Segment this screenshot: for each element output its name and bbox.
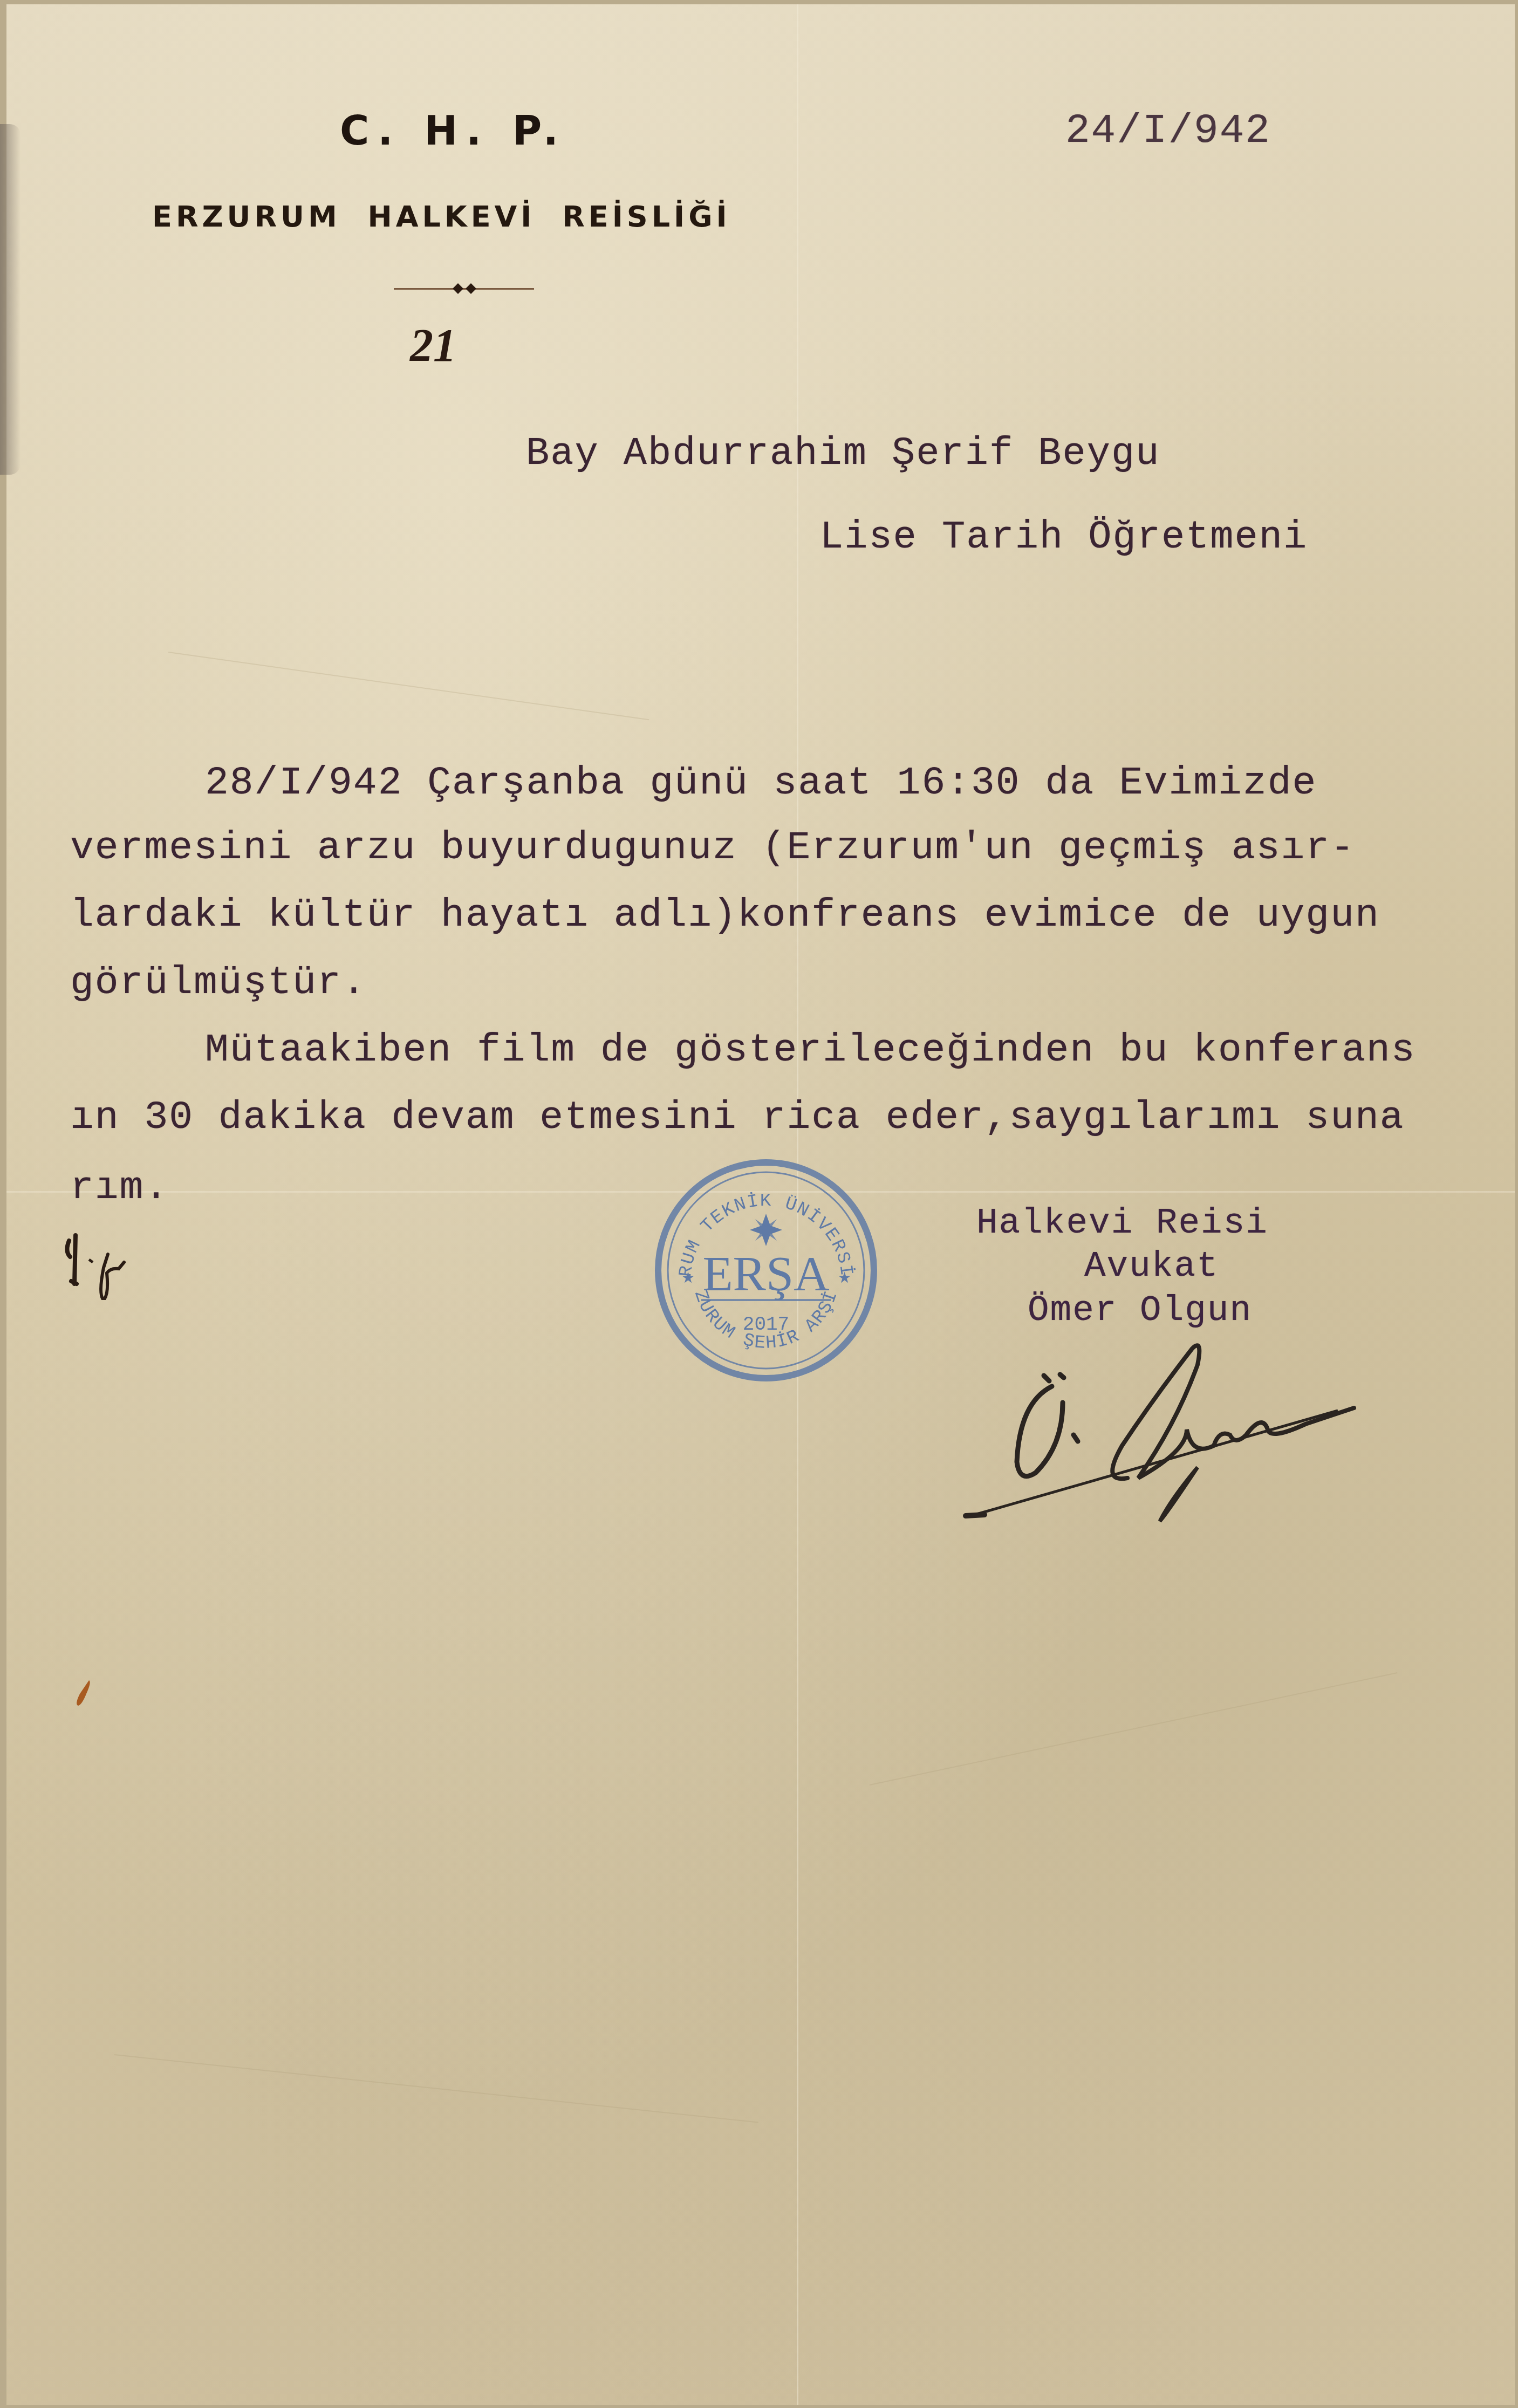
ink-stain — [70, 1678, 97, 1710]
recipient-title: Lise Tarih Öğretmeni — [820, 515, 1308, 559]
body-line: vermesini arzu buyurdugunuz (Erzurum'un … — [70, 825, 1355, 870]
svg-text:ERŞA: ERŞA — [702, 1246, 829, 1301]
body-line: ın 30 dakika devam etmesini rica eder,sa… — [70, 1095, 1405, 1140]
signatory-role: Halkevi Reisi — [976, 1203, 1268, 1243]
body-line: lardaki kültür hayatı adlı)konfreans evi… — [70, 893, 1380, 938]
reference-number: 21 — [410, 318, 456, 372]
body-line: Mütaakiben film de gösterileceğinden bu … — [205, 1028, 1416, 1072]
archive-stamp: ERZURUM TEKNİK ÜNİVERSİTESİ ERZURUM ŞEHİ… — [650, 1154, 882, 1386]
paper-crease — [168, 652, 649, 720]
signatory-name: Ömer Olgun — [1028, 1290, 1252, 1331]
signatory-profession: Avukat — [1084, 1246, 1219, 1287]
ornament-divider — [394, 283, 534, 294]
svg-text:2017: 2017 — [743, 1314, 789, 1336]
paper-crease — [870, 1672, 1398, 1786]
handwritten-initials — [59, 1230, 146, 1300]
letterhead-party: C. H. P. — [340, 108, 588, 154]
letterhead-office: ERZURUM HALKEVİ REİSLİĞİ — [152, 200, 731, 234]
svg-text:★: ★ — [681, 1270, 695, 1287]
paper-crease — [114, 2054, 758, 2123]
svg-text:★: ★ — [838, 1270, 851, 1287]
torn-edge — [0, 124, 20, 475]
handwritten-signature — [960, 1338, 1381, 1532]
body-line: rım. — [70, 1165, 169, 1210]
recipient-name: Bay Abdurrahim Şerif Beygu — [526, 432, 1160, 476]
body-line: görülmüştür. — [70, 960, 367, 1005]
body-line: 28/I/942 Çarşanba günü saat 16:30 da Evi… — [205, 761, 1317, 805]
document-date: 24/I/942 — [1065, 108, 1271, 154]
